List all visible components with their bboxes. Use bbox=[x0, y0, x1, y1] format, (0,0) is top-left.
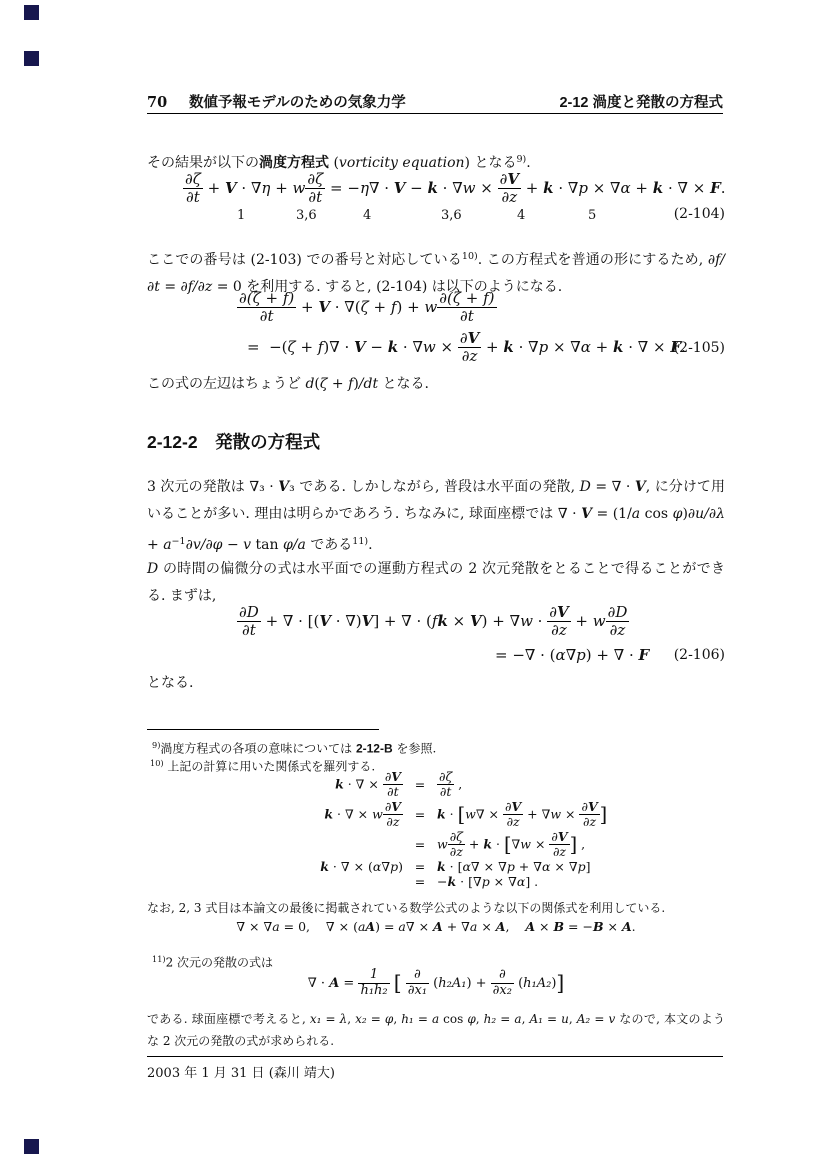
document-page: 70 数値予報モデルのための気象力学 2-12 渦度と発散の方程式 その結果が以… bbox=[0, 0, 826, 1169]
section-running-head: 2-12 渦度と発散の方程式 bbox=[559, 95, 723, 111]
fn-eq-row: = w∂ζ∂z + k · [∇w × ∂V∂z] , bbox=[147, 830, 725, 860]
fn-eq-row: k · ∇ × (α∇p) = k · [α∇ × ∇p + ∇α × ∇p] bbox=[147, 859, 725, 874]
page-header-left: 70 数値予報モデルのための気象力学 bbox=[147, 91, 406, 112]
fn-eq-rhs: ∂ζ∂t , bbox=[437, 770, 725, 800]
header-spacer bbox=[167, 94, 189, 111]
footnote-10-note: なお, 2, 3 式目は本論文の最後に掲載されている数学公式のような以下の関係式… bbox=[147, 897, 725, 919]
corner-mark-top-1 bbox=[24, 5, 39, 20]
footnote-rule bbox=[147, 729, 379, 730]
heading-spacer bbox=[198, 432, 216, 452]
footnote-11-text: である. 球面座標で考えると, x₁ = λ, x₂ = φ, h₁ = a c… bbox=[147, 1008, 725, 1052]
fn-eq-sign: = bbox=[403, 874, 437, 889]
fn-eq-row: k · ∇ × ∂V∂t = ∂ζ∂t , bbox=[147, 770, 725, 800]
section-number: 2-12-2 bbox=[147, 432, 198, 452]
fn-eq-row: k · ∇ × w∂V∂z = k · [w∇ × ∂V∂z + ∇w × ∂V… bbox=[147, 800, 725, 830]
fn-eq-rhs: k · [w∇ × ∂V∂z + ∇w × ∂V∂z] bbox=[437, 800, 725, 830]
paragraph-tonaru: となる. bbox=[147, 670, 725, 697]
corner-mark-bottom bbox=[24, 1139, 39, 1154]
fn-eq-sign: = bbox=[403, 859, 437, 874]
page-number: 70 bbox=[147, 94, 167, 111]
footer-date: 2003 年 1 月 31 日 (森川 靖大) bbox=[147, 1062, 335, 1081]
footnote-11-equation: ∇ · A = 1h₁h₂ [ ∂∂x₁ (h₂A₁) + ∂∂x₂ (h₁A₂… bbox=[147, 968, 725, 999]
math-identities: ∇ × ∇a = 0, ∇ × (aA) = a∇ × A + ∇a × A, … bbox=[147, 919, 725, 934]
corner-mark-top-2 bbox=[24, 51, 39, 66]
paragraph-lhs-note: この式の左辺はちょうど d(ζ + f)/dt となる. bbox=[147, 371, 725, 398]
equation-tag-2-106: (2-106) bbox=[147, 647, 725, 663]
running-title: 数値予報モデルのための気象力学 bbox=[189, 95, 406, 111]
fn-eq-rhs: w∂ζ∂z + k · [∇w × ∂V∂z] , bbox=[437, 830, 725, 860]
paragraph-divergence: 3 次元の発散は ∇₃ · V₃ である. しかしながら, 普段は水平面の発散,… bbox=[147, 474, 725, 559]
section-title: 発散の方程式 bbox=[215, 432, 320, 452]
fn-eq-lhs: k · ∇ × ∂V∂t bbox=[147, 770, 403, 800]
equation-2-104: ∂ζ∂t + V · ∇η + w∂ζ∂t = −η∇ · V − k · ∇w… bbox=[183, 171, 726, 207]
fn-eq-row: = −k · [∇p × ∇α] . bbox=[147, 874, 725, 889]
fn-eq-rhs: k · [α∇ × ∇p + ∇α × ∇p] bbox=[437, 859, 725, 874]
page-header-right: 2-12 渦度と発散の方程式 bbox=[559, 91, 723, 112]
fn-eq-lhs: k · ∇ × w∂V∂z bbox=[147, 800, 403, 830]
footer-rule bbox=[147, 1056, 723, 1057]
fn-eq-lhs: k · ∇ × (α∇p) bbox=[147, 859, 403, 874]
fn-eq-rhs: −k · [∇p × ∇α] . bbox=[437, 874, 725, 889]
equation-tag-2-104: (2-104) bbox=[147, 206, 725, 222]
fn-eq-sign: = bbox=[403, 807, 437, 822]
equation-2-105-line1: ∂(ζ + f)∂t + V · ∇(ζ + f) + w∂(ζ + f)∂t bbox=[237, 290, 497, 326]
fn-eq-sign: = bbox=[403, 777, 437, 792]
fn-eq-sign: = bbox=[403, 837, 437, 852]
footnote-10-equations: k · ∇ × ∂V∂t = ∂ζ∂t , k · ∇ × w∂V∂z = k … bbox=[147, 770, 725, 889]
header-rule bbox=[147, 113, 723, 114]
equation-tag-2-105: (2-105) bbox=[147, 340, 725, 356]
equation-2-106-line1: ∂D∂t + ∇ · [(V · ∇)V] + ∇ · (fk × V) + ∇… bbox=[237, 604, 629, 640]
section-heading: 2-12-2 発散の方程式 bbox=[147, 429, 320, 454]
paragraph-time-derivative: D の時間の偏微分の式は水平面での運動方程式の 2 次元発散をとることで得ること… bbox=[147, 556, 725, 610]
